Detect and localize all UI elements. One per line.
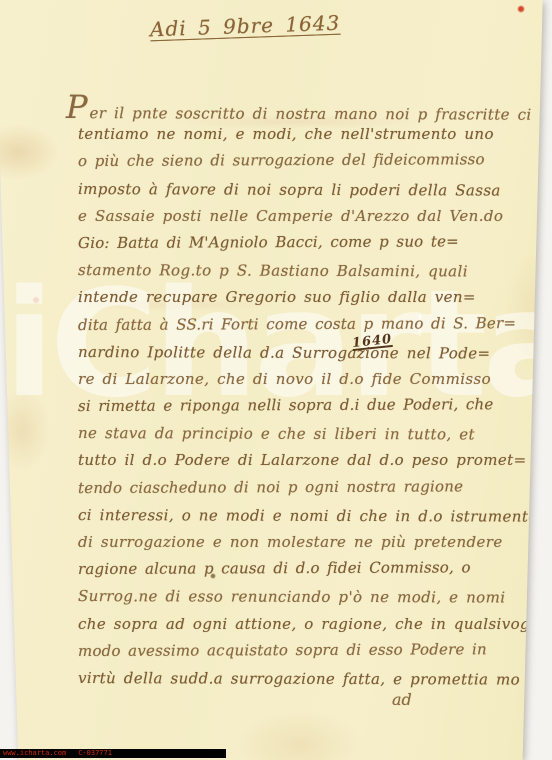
manuscript-line: Surrog.ne di esso renunciando p'ò ne mod… [78, 583, 534, 612]
manuscript-line: si rimetta e riponga nelli sopra d.i due… [78, 391, 534, 420]
manuscript-line: ne stava da principio e che si liberi in… [78, 420, 534, 449]
scanned-document-page: iCharta Adi 5 9bre 1643 Per il pnte sosc… [0, 0, 552, 760]
manuscript-paper: iCharta Adi 5 9bre 1643 Per il pnte sosc… [0, 0, 552, 760]
manuscript-line: re di Lalarzone, che di novo il d.o fide… [78, 366, 534, 393]
manuscript-line: tentiamo ne nomi, e modi, che nell'strum… [78, 121, 534, 148]
manuscript-line: virtù della sudd.a surrogazione fatta, e… [78, 665, 534, 694]
manuscript-line: ci interessi, o ne modi e nomi di che in… [78, 502, 534, 531]
manuscript-line: intende recupare Gregorio suo figlio dal… [78, 284, 534, 311]
manuscript-line: tutto il d.o Podere di Lalarzone dal d.o… [78, 447, 534, 474]
catchword: ad [392, 690, 412, 709]
manuscript-line: modo avessimo acquistato sopra di esso P… [78, 636, 534, 665]
paper-shadow-wrap: iCharta Adi 5 9bre 1643 Per il pnte sosc… [0, 0, 552, 760]
manuscript-line: o più che sieno di surrogazione del fide… [78, 146, 534, 175]
manuscript-line: dita fatta à SS.ri Forti come costa p ma… [78, 310, 534, 339]
footer-bar: www.icharta.com C-037771 [0, 749, 226, 758]
manuscript-line: nardino Ipolitte della d.a Surrogazione … [78, 339, 534, 368]
manuscript-line: tendo ciascheduno di noi p ogni nostra r… [78, 473, 534, 502]
manuscript-body: Per il pnte soscritto di nostra mano noi… [78, 94, 534, 692]
footer-code: C-037771 [78, 749, 112, 758]
manuscript-line: che sopra ad ogni attione, o ragione, ch… [78, 611, 534, 638]
manuscript-line: e Sassaie posti nelle Camperie d'Arezzo … [78, 203, 534, 230]
manuscript-line: stamento Rog.to p S. Bastiano Balsamini,… [78, 257, 534, 286]
manuscript-line: di surrogazione e non molestare ne più p… [78, 529, 534, 556]
manuscript-line: Gio: Batta di M'Agniolo Bacci, come p su… [78, 228, 534, 257]
manuscript-line: ragione alcuna p causa di d.o fidei Comm… [78, 554, 534, 583]
manuscript-line: imposto à favore di noi sopra li poderi … [78, 176, 534, 205]
manuscript-line: Per il pnte soscritto di nostra mano noi… [66, 94, 534, 123]
footer-url: www.icharta.com [3, 749, 66, 758]
date-heading: Adi 5 9bre 1643 [150, 11, 341, 42]
